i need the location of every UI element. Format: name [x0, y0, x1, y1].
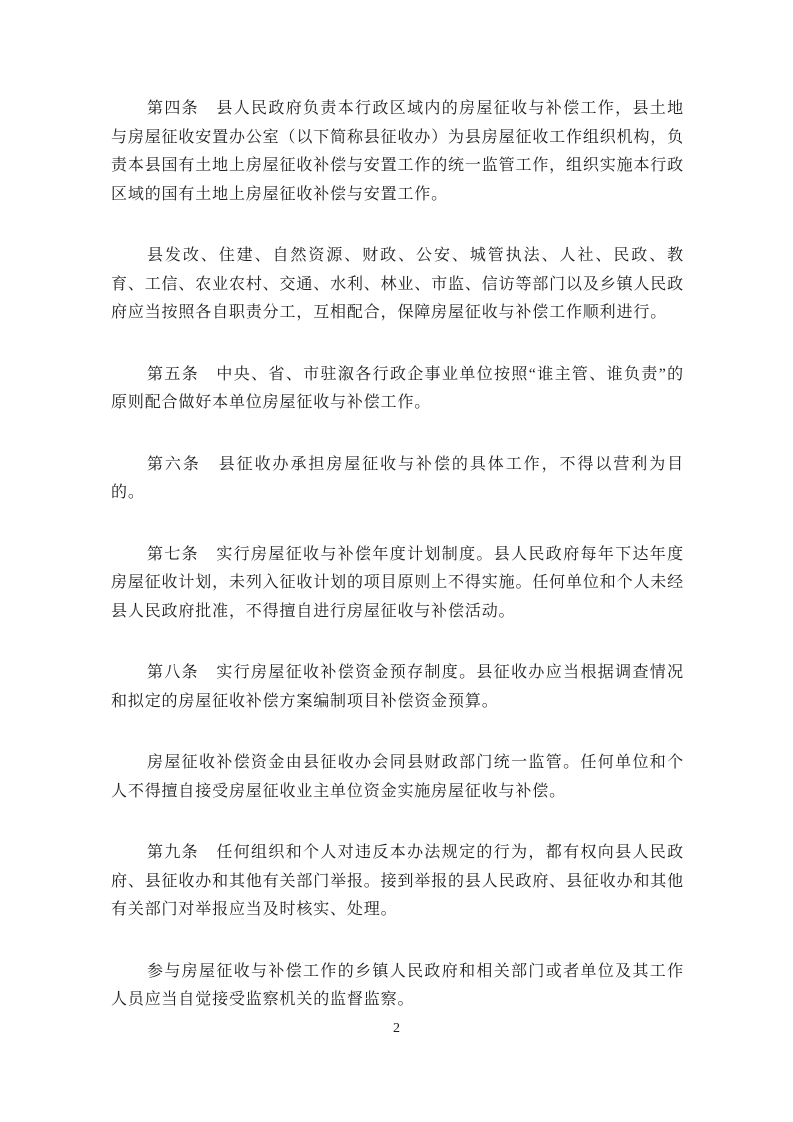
paragraph-article-5: 第五条 中央、省、市驻溆各行政企事业单位按照“谁主管、谁负责”的原则配合做好本单… — [111, 361, 684, 418]
paragraph-staff-supervision: 参与房屋征收与补偿工作的乡镇人民政府和相关部门或者单位及其工作人员应当自觉接受监… — [111, 958, 684, 1015]
document-page: 第四条 县人民政府负责本行政区域内的房屋征收与补偿工作，县土地与房屋征收安置办公… — [0, 0, 793, 1122]
paragraph-funds-supervision: 房屋征收补偿资金由县征收办会同县财政部门统一监管。任何单位和个人不得擅自接受房屋… — [111, 749, 684, 806]
document-body: 第四条 县人民政府负责本行政区域内的房屋征收与补偿工作，县土地与房屋征收安置办公… — [111, 95, 684, 1048]
paragraph-departments-duties: 县发改、住建、自然资源、财政、公安、城管执法、人社、民政、教育、工信、农业农村、… — [111, 242, 684, 328]
paragraph-article-8: 第八条 实行房屋征收补偿资金预存制度。县征收办应当根据调查情况和拟定的房屋征收补… — [111, 659, 684, 716]
paragraph-article-9: 第九条 任何组织和个人对违反本办法规定的行为，都有权向县人民政府、县征收办和其他… — [111, 839, 684, 925]
paragraph-article-4: 第四条 县人民政府负责本行政区域内的房屋征收与补偿工作，县土地与房屋征收安置办公… — [111, 95, 684, 209]
paragraph-article-7: 第七条 实行房屋征收与补偿年度计划制度。县人民政府每年下达年度房屋征收计划，未列… — [111, 541, 684, 627]
paragraph-article-6: 第六条 县征收办承担房屋征收与补偿的具体工作，不得以营利为目的。 — [111, 451, 684, 508]
page-number: 2 — [0, 1021, 793, 1037]
